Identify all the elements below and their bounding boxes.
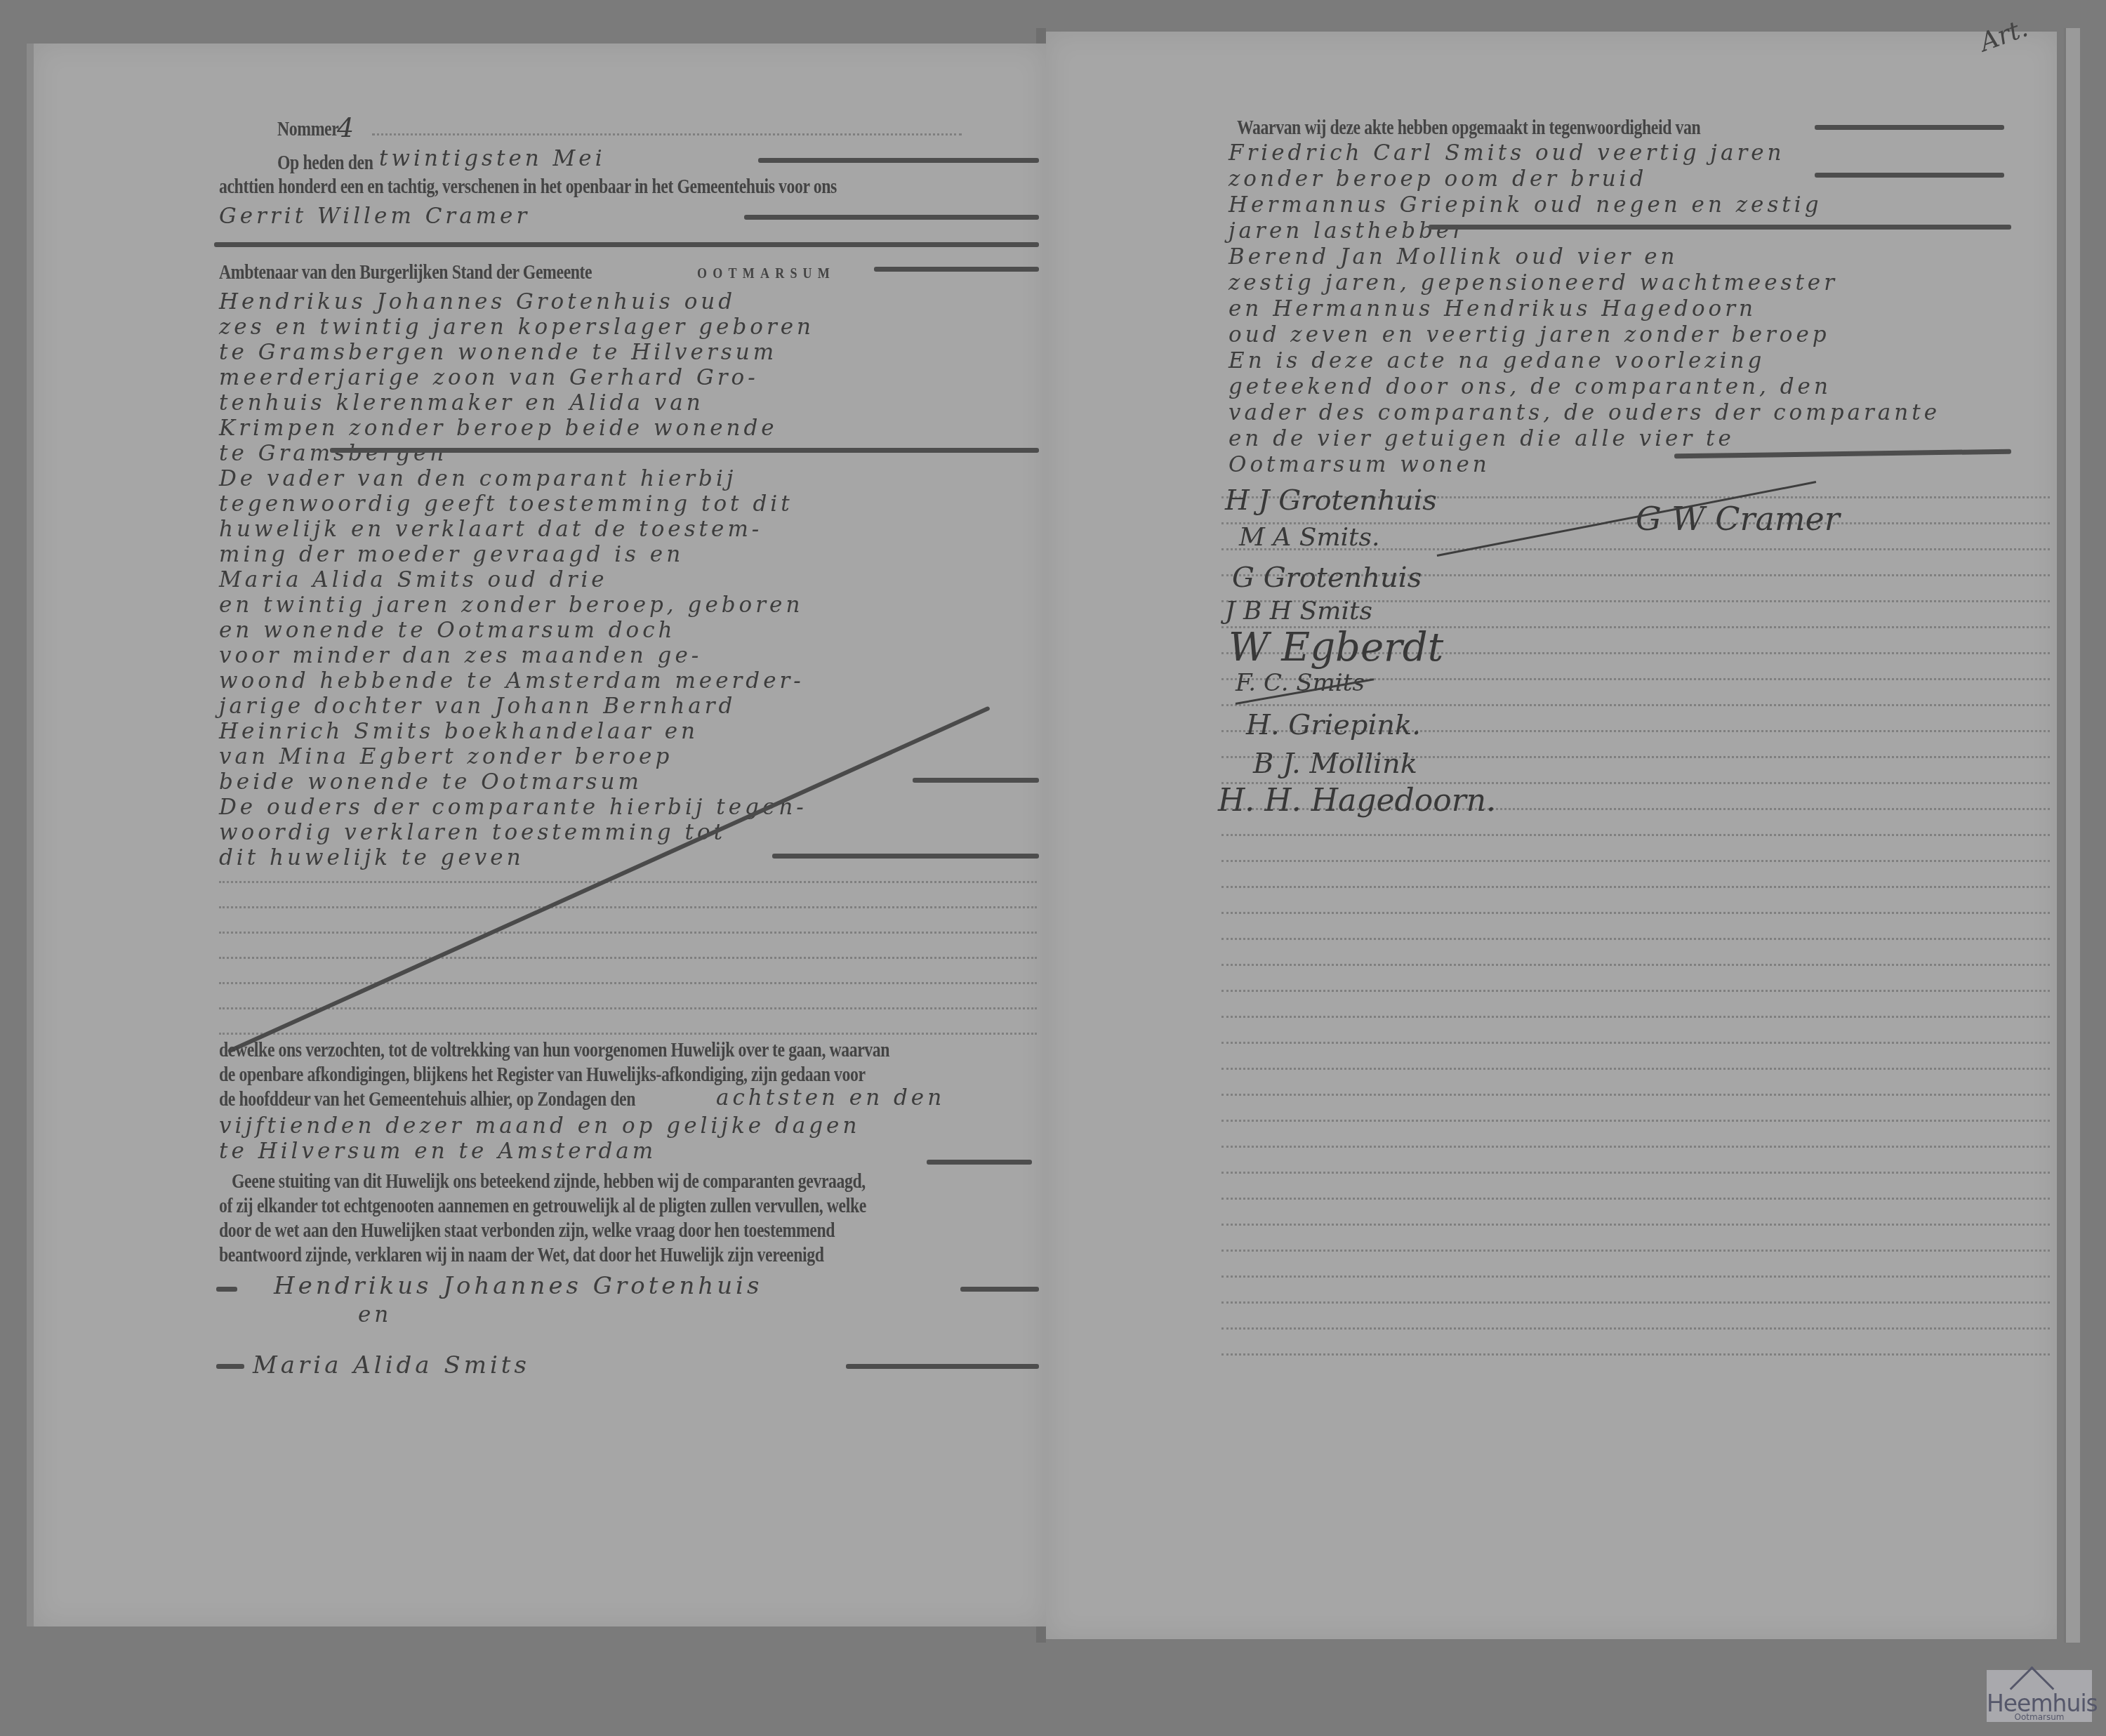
printed-line: of zij elkander tot echtgenooten aanneme… xyxy=(219,1195,866,1218)
signature-witness-4: H. H. Hagedoorn. xyxy=(1218,783,1496,819)
hand-line: vader des comparants, de ouders der comp… xyxy=(1228,400,1940,425)
signature-groom: H J Grotenhuis xyxy=(1225,484,1437,517)
year-printed: achttien honderd een en tachtig, versche… xyxy=(219,175,837,199)
official-title: Ambtenaar van den Burgerlijken Stand der… xyxy=(219,261,592,284)
hand-line: beide wonende te Ootmarsum xyxy=(219,769,642,795)
rule xyxy=(1221,938,2050,940)
hand-line: geteekend door ons, de comparanten, den xyxy=(1228,374,1832,399)
hand-line: Hermannus Griepink oud negen en zestig xyxy=(1228,192,1822,218)
fill-bar xyxy=(216,1287,237,1292)
hand-line: tenhuis klerenmaker en Alida van xyxy=(219,390,704,416)
rule xyxy=(1221,1198,2050,1200)
rule xyxy=(1221,1327,2050,1330)
rule xyxy=(1221,1042,2050,1044)
printed-line: beantwoord zijnde, verklaren wij in naam… xyxy=(219,1244,824,1267)
hand-line: zes en twintig jaren koperslager geboren xyxy=(219,314,814,340)
rule xyxy=(1221,1301,2050,1304)
signature-bride: M A Smits. xyxy=(1239,523,1379,552)
fill-bar xyxy=(214,242,1039,247)
hand-line: Hendrikus Johannes Grotenhuis oud xyxy=(219,289,736,314)
rule xyxy=(1221,964,2050,966)
hand-line: Ootmarsum wonen xyxy=(1228,452,1490,477)
hand-line: Berend Jan Mollink oud vier en xyxy=(1228,244,1678,270)
fill-bar xyxy=(1815,173,2004,178)
number-label: Nommer xyxy=(277,118,338,141)
rule xyxy=(1221,704,2050,706)
page-edge xyxy=(2064,28,2080,1643)
rule xyxy=(1221,1276,2050,1278)
printed-line: dewelke ons verzochten, tot de voltrekki… xyxy=(219,1039,889,1062)
signature-witness-3: B J. Mollink xyxy=(1253,748,1417,780)
hand-line: Krimpen zonder beroep beide wonende xyxy=(219,416,778,441)
rule xyxy=(219,906,1037,908)
hand-line: Friedrich Carl Smits oud veertig jaren xyxy=(1228,140,1785,166)
fill-bar xyxy=(1429,225,2011,230)
hand-line: oud zeven en veertig jaren zonder beroep xyxy=(1228,322,1830,347)
hand-line: voor minder dan zes maanden ge- xyxy=(219,643,702,668)
hand-line: te Gramsbergen xyxy=(219,441,447,466)
rule xyxy=(1221,1353,2050,1356)
signature-official: G W Cramer xyxy=(1636,500,1840,538)
hand-line: Heinrich Smits boekhandelaar en xyxy=(219,719,698,744)
conjunction: en xyxy=(358,1302,392,1327)
hand-line: tegenwoordig geeft toestemming tot dit xyxy=(219,491,793,517)
rule xyxy=(1221,834,2050,836)
fill-bar xyxy=(927,1160,1032,1165)
rule xyxy=(219,1033,1037,1035)
fill-bar xyxy=(216,1364,244,1369)
official-name: Gerrit Willem Cramer xyxy=(219,204,530,229)
date-handwritten: twintigsten Mei xyxy=(379,146,606,171)
hand-line: En is deze acte na gedane voorlezing xyxy=(1228,348,1765,373)
hand-line: woordig verklaren toestemming tot xyxy=(219,820,726,845)
heemhuis-logo: Heemhuis Ootmarsum xyxy=(1987,1670,2092,1722)
hand-line: woond hebbende te Amsterdam meerder- xyxy=(219,668,804,694)
hand-line: ming der moeder gevraagd is en xyxy=(219,542,684,567)
printed-line: Geene stuiting van dit Huwelijk ons bete… xyxy=(232,1170,866,1193)
rule xyxy=(1221,990,2050,992)
proclamation-line: te Hilversum en te Amsterdam xyxy=(219,1139,656,1164)
proclamation-line: vijftienden dezer maand en op gelijke da… xyxy=(219,1113,860,1139)
rule xyxy=(219,881,1037,883)
fill-bar xyxy=(874,267,1039,272)
hand-line: jarige dochter van Johann Bernhard xyxy=(219,694,736,719)
rule xyxy=(1221,860,2050,862)
fill-bar xyxy=(1815,125,2004,130)
fill-bar xyxy=(758,158,1039,163)
rule xyxy=(219,1007,1037,1009)
hand-line: zestig jaren, gepensioneerd wachtmeester xyxy=(1228,270,1838,296)
hand-line: van Mina Egbert zonder beroep xyxy=(219,744,673,769)
hand-line: en twintig jaren zonder beroep, geboren xyxy=(219,592,803,618)
witnesses-intro: Waarvan wij deze akte hebben opgemaakt i… xyxy=(1237,117,1700,140)
hand-line: en wonende te Ootmarsum doch xyxy=(219,618,676,643)
fill-bar xyxy=(960,1287,1039,1292)
rule xyxy=(219,982,1037,984)
logo-place: Ootmarsum xyxy=(1987,1712,2092,1722)
hand-line: zonder beroep oom der bruid xyxy=(1228,166,1647,192)
hand-line: jaren lasthebber xyxy=(1228,218,1466,244)
fill-bar xyxy=(913,778,1039,783)
hand-line: en Hermannus Hendrikus Hagedoorn xyxy=(1228,296,1756,322)
printed-line: de openbare afkondigingen, blijkens het … xyxy=(219,1064,866,1087)
rule xyxy=(1221,1224,2050,1226)
fill-bar xyxy=(744,215,1039,220)
printed-line: de hoofddeur van het Gemeentehuis alhier… xyxy=(219,1088,635,1111)
rule xyxy=(1221,912,2050,914)
rule xyxy=(1221,1120,2050,1122)
rule xyxy=(1221,1094,2050,1096)
rule xyxy=(1221,1250,2050,1252)
hand-line: en de vier getuigen die alle vier te xyxy=(1228,426,1735,451)
hand-line: huwelijk en verklaart dat de toestem- xyxy=(219,517,762,542)
fill-bar xyxy=(772,854,1039,859)
rule xyxy=(1221,1172,2050,1174)
hand-line: De vader van den comparant hierbij xyxy=(219,466,736,491)
rule xyxy=(1221,1016,2050,1018)
rule xyxy=(372,133,962,135)
signature-bride-mother: W Egberdt xyxy=(1228,625,1443,670)
hand-line: meerderjarige zoon van Gerhard Gro- xyxy=(219,365,759,390)
rule xyxy=(219,957,1037,959)
bride-name: Maria Alida Smits xyxy=(253,1351,530,1379)
signature-father: G Grotenhuis xyxy=(1232,562,1422,594)
rule xyxy=(1221,1068,2050,1070)
fill-bar xyxy=(330,448,1039,453)
hand-line: te Gramsbergen wonende te Hilversum xyxy=(219,340,777,365)
municipality: OOTMARSUM xyxy=(697,264,835,282)
number-value: 4 xyxy=(337,112,357,143)
proclamation-date: achtsten en den xyxy=(716,1085,945,1111)
rule xyxy=(1221,1146,2050,1148)
hand-line: Maria Alida Smits oud drie xyxy=(219,567,608,592)
signature-bride-father: J B H Smits xyxy=(1225,597,1372,625)
printed-line: door de wet aan den Huwelijken staat ver… xyxy=(219,1219,835,1243)
rule xyxy=(219,932,1037,934)
groom-name: Hendrikus Johannes Grotenhuis xyxy=(274,1272,762,1300)
rule xyxy=(1221,886,2050,888)
fill-bar xyxy=(846,1364,1039,1369)
signature-witness-2: H. Griepink. xyxy=(1246,709,1421,741)
hand-line: dit huwelijk te geven xyxy=(219,845,524,870)
date-printed: Op heden den xyxy=(277,152,373,175)
hand-line: De ouders der comparante hierbij tegen- xyxy=(219,795,807,820)
